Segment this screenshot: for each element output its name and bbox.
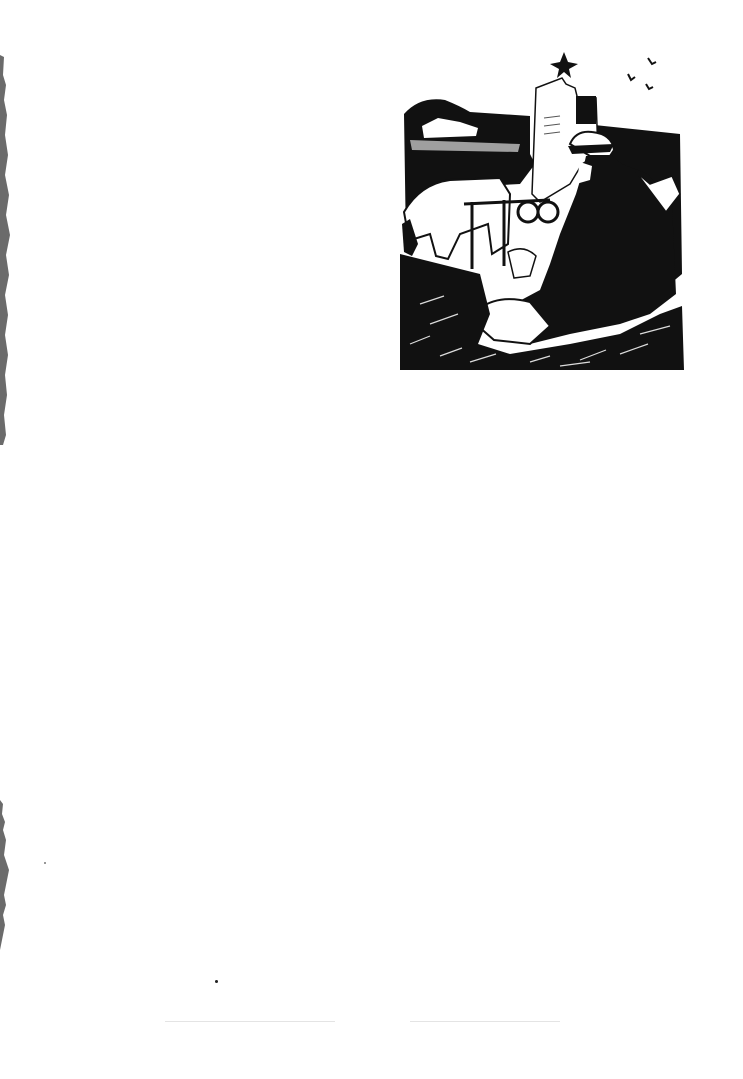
birds-icon [628,58,656,89]
scan-line [165,1021,335,1022]
torn-edge-upper [0,55,14,445]
farm-night-illustration [400,44,690,374]
torn-edge-lower [0,800,14,950]
scan-speck [215,980,218,983]
star-icon [550,52,578,78]
scan-speck [44,862,46,864]
scan-line [410,1021,560,1022]
